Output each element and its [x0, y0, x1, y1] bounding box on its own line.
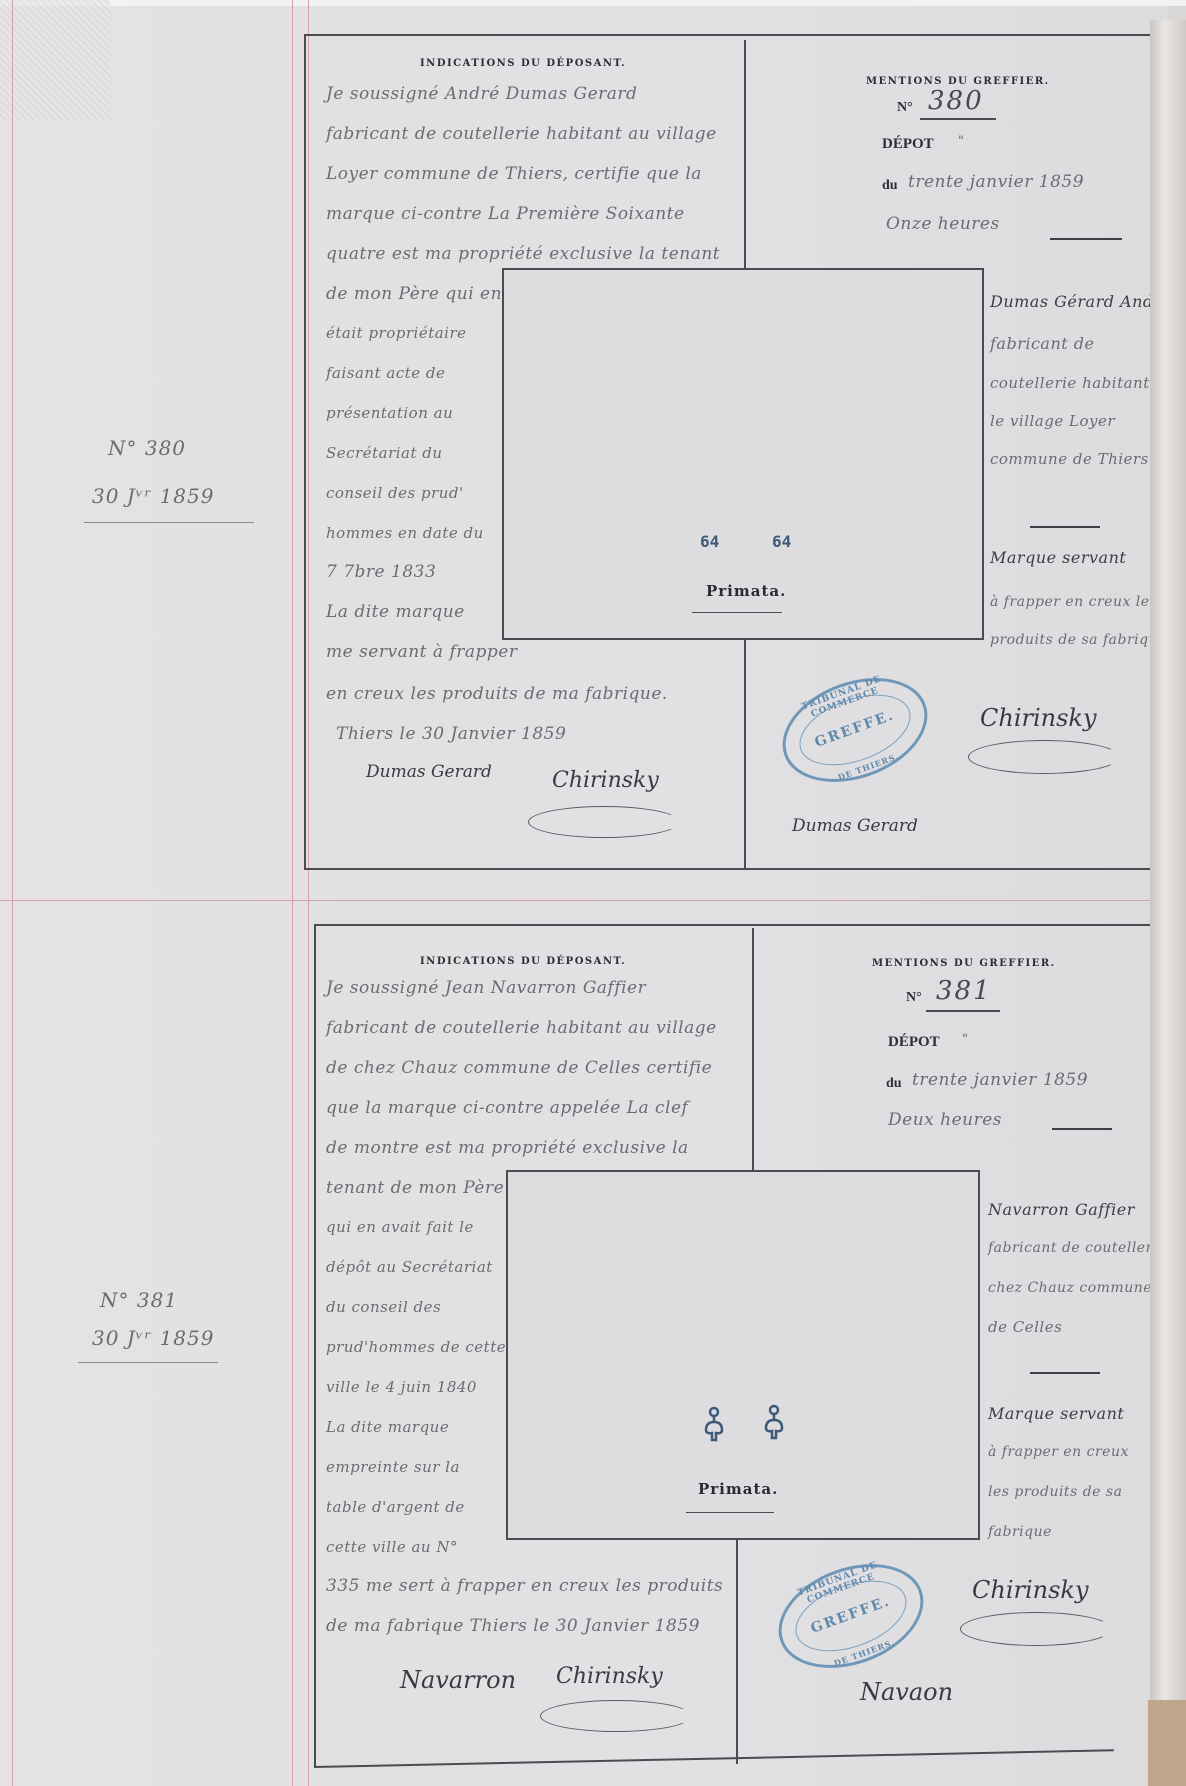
entry-number: 381 [936, 976, 992, 1006]
greffier-note: coutellerie habitant [990, 374, 1150, 392]
column-divider-bottom [736, 1538, 738, 1764]
hour-dash [1050, 238, 1122, 240]
deposit-date: trente janvier 1859 [908, 172, 1084, 192]
deposant-line: conseil des prud' [326, 484, 464, 502]
greffier-note: produits de sa fabrique [990, 632, 1167, 648]
deposant-line: table d'argent de [326, 1498, 465, 1516]
greffier-note: Marque servant [990, 548, 1126, 567]
signature-flourish [528, 806, 680, 838]
number-label: N° [906, 990, 922, 1006]
notes-dash [1030, 526, 1100, 528]
deposant-heading: INDICATIONS DU DÉPOSANT. [420, 58, 626, 69]
entry-frame-bottom [304, 868, 1150, 870]
margin-underline [84, 522, 254, 523]
mark-caption-underline [692, 612, 782, 613]
notes-dash [1030, 1372, 1100, 1374]
greffier-note: Navarron Gaffier [988, 1200, 1135, 1219]
depot-ditto: " [958, 134, 964, 149]
greffier-note: fabrique [988, 1524, 1052, 1540]
margin-entry-number: N° 381 [100, 1288, 178, 1312]
hour-dash [1052, 1128, 1112, 1130]
margin-rule-left [292, 0, 293, 1786]
deposant-line: en creux les produits de ma fabrique. [326, 684, 668, 704]
entry-separator-rule [0, 900, 1150, 901]
depositor-signature: Dumas Gerard [366, 762, 492, 782]
deposant-line: hommes en date du [326, 524, 484, 542]
deposant-line: tenant de mon Père [326, 1178, 504, 1198]
deposant-line: dépôt au Secrétariat [326, 1258, 493, 1276]
greffier-note: les produits de sa [988, 1484, 1122, 1500]
mark-caption: Primata. [706, 582, 786, 600]
deposant-line: du conseil des [326, 1298, 441, 1316]
deposant-line: fabricant de coutellerie habitant au vil… [326, 1018, 717, 1038]
deposant-line: Je soussigné Jean Navarron Gaffier [326, 978, 646, 998]
deposant-line: fabricant de coutellerie habitant au vil… [326, 124, 717, 144]
depositor-signature-greffier: Navaon [860, 1678, 953, 1706]
column-divider-top [744, 40, 746, 270]
greffier-note: le village Loyer [990, 412, 1115, 430]
deposant-line: ville le 4 juin 1840 [326, 1378, 477, 1396]
greffier-heading: MENTIONS DU GREFFIER. [872, 958, 1056, 969]
register-page: N° 380 30 Jᵛʳ 1859 INDICATIONS DU DÉPOSA… [0, 0, 1168, 1786]
clerk-signature-greffier: Chirinsky [980, 704, 1097, 732]
scan-artifact [0, 0, 110, 120]
key-icon [762, 1404, 786, 1444]
depot-label: DÉPOT [888, 1034, 940, 1051]
deposant-line: La dite marque [326, 1418, 449, 1436]
deposant-line: La dite marque [326, 602, 465, 622]
column-divider-top [752, 928, 754, 1178]
greffier-note: Marque servant [988, 1404, 1124, 1423]
deposant-line: qui en avait fait le [326, 1218, 474, 1236]
deposant-line: Secrétariat du [326, 444, 443, 462]
number-label: N° [897, 100, 913, 116]
greffier-note: Dumas Gérard André [990, 292, 1172, 311]
greffier-note: à frapper en creux les [990, 594, 1157, 610]
deposant-line: faisant acte de [326, 364, 445, 382]
deposant-line: quatre est ma propriété exclusive la ten… [326, 244, 720, 264]
deposant-line: de mon Père qui en [326, 284, 502, 304]
signature-flourish [968, 740, 1120, 774]
deposant-line: cette ville au N° [326, 1538, 458, 1556]
greffier-note: commune de Thiers [990, 450, 1149, 468]
deposant-line: de chez Chauz commune de Celles certifie [326, 1058, 712, 1078]
clerk-signature: Chirinsky [556, 1664, 663, 1689]
book-spine [1148, 1700, 1186, 1786]
deposant-line: me servant à frapper [326, 642, 517, 662]
deposant-line: Thiers le 30 Janvier 1859 [336, 724, 566, 744]
entry-number: 380 [928, 86, 984, 116]
margin-underline [78, 1362, 218, 1363]
deposant-heading: INDICATIONS DU DÉPOSANT. [420, 956, 626, 967]
left-edge-rule [12, 0, 13, 1786]
margin-entry-date: 30 Jᵛʳ 1859 [92, 1326, 214, 1350]
depot-label: DÉPOT [882, 136, 934, 153]
deposit-hour: Onze heures [886, 214, 1000, 234]
deposant-line: 335 me sert à frapper en creux les produ… [326, 1576, 723, 1596]
deposant-line: empreinte sur la [326, 1458, 460, 1476]
greffier-note: fabricant de coutellerie [988, 1240, 1167, 1256]
du-label: du [886, 1076, 902, 1092]
deposant-line: 7 7bre 1833 [326, 562, 436, 582]
du-label: du [882, 178, 898, 194]
clerk-signature: Chirinsky [552, 768, 659, 793]
greffier-note: chez Chauz commune [988, 1280, 1152, 1296]
deposant-line: marque ci-contre La Première Soixante [326, 204, 685, 224]
depositor-signature-greffier: Dumas Gerard [792, 816, 918, 836]
deposant-line: de ma fabrique Thiers le 30 Janvier 1859 [326, 1616, 700, 1636]
mark-symbol: 64 [700, 532, 719, 551]
margin-entry-number: N° 380 [108, 436, 186, 460]
deposant-line: Loyer commune de Thiers, certifie que la [326, 164, 702, 184]
deposant-line: prud'hommes de cette [326, 1338, 506, 1356]
key-icon [702, 1406, 726, 1446]
deposit-hour: Deux heures [888, 1110, 1002, 1130]
entry-number-underline [926, 1010, 1000, 1012]
deposant-line: Je soussigné André Dumas Gerard [326, 84, 637, 104]
page-top-edge [0, 0, 1186, 6]
deposit-date: trente janvier 1859 [912, 1070, 1088, 1090]
signature-flourish [540, 1700, 692, 1732]
entry-number-underline [920, 118, 996, 120]
deposant-line: que la marque ci-contre appelée La clef [326, 1098, 688, 1118]
depot-ditto: " [962, 1032, 968, 1047]
mark-caption-underline [686, 1512, 774, 1513]
column-divider-bottom [744, 640, 746, 870]
deposant-line: de montre est ma propriété exclusive la [326, 1138, 689, 1158]
clerk-signature-greffier: Chirinsky [972, 1576, 1089, 1604]
greffier-note: à frapper en creux [988, 1444, 1129, 1460]
signature-flourish [960, 1612, 1112, 1646]
deposant-line: était propriétaire [326, 324, 467, 342]
mark-symbol: 64 [772, 532, 791, 551]
deposant-line: présentation au [326, 404, 453, 422]
book-binding [1150, 20, 1186, 1786]
depositor-signature: Navarron [400, 1666, 516, 1694]
greffier-note: fabricant de [990, 334, 1095, 353]
greffier-note: de Celles [988, 1318, 1062, 1336]
margin-entry-date: 30 Jᵛʳ 1859 [92, 484, 214, 508]
mark-caption: Primata. [698, 1480, 778, 1498]
